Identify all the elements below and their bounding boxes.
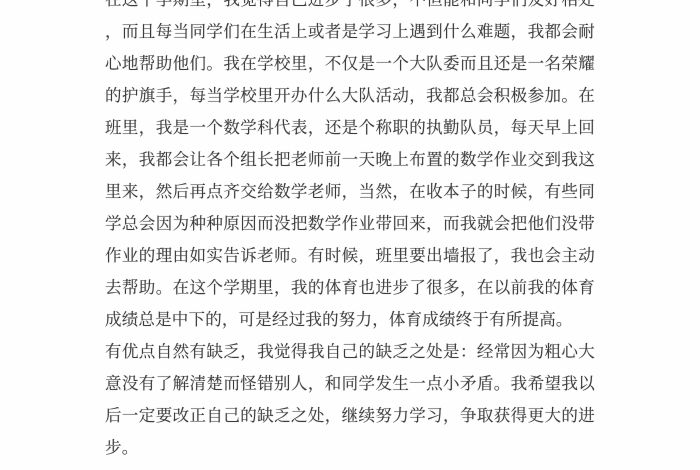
essay-line-1: 在这个学期里，我觉得自己进步了很多，不但能和同学们友好相处 [105, 0, 595, 16]
essay-line-13: 意没有了解清楚而怪错别人，和同学发生一点小矛盾。我希望我以 [105, 368, 595, 400]
essay-line-7: 里来，然后再点齐交给数学老师，当然，在收本子的时候，有些同 [105, 176, 595, 208]
essay-line-12: 有优点自然有缺乏，我觉得我自己的缺乏之处是：经常因为粗心大 [105, 336, 595, 368]
essay-line-11: 成绩总是中下的，可是经过我的努力，体育成绩终于有所提高。 [105, 304, 595, 336]
essay-line-2: ，而且每当同学们在生活上或者是学习上遇到什么难题，我都会耐 [105, 16, 595, 48]
essay-line-4: 的护旗手，每当学校里开办什么大队活动，我都总会积极参加。在 [105, 80, 595, 112]
essay-line-14: 后一定要改正自己的缺乏之处，继续努力学习，争取获得更大的进 [105, 400, 595, 432]
scanned-essay-page: 在这个学期里，我觉得自己进步了很多，不但能和同学们友好相处 ，而且每当同学们在生… [0, 0, 700, 470]
essay-line-15: 步。 [105, 432, 595, 464]
essay-line-10: 去帮助。在这个学期里，我的体育也进步了很多，在以前我的体育 [105, 272, 595, 304]
essay-line-8: 学总会因为种种原因而没把数学作业带回来，而我就会把他们没带 [105, 208, 595, 240]
essay-text-block: 在这个学期里，我觉得自己进步了很多，不但能和同学们友好相处 ，而且每当同学们在生… [105, 0, 595, 464]
essay-line-6: 来，我都会让各个组长把老师前一天晚上布置的数学作业交到我这 [105, 144, 595, 176]
essay-line-3: 心地帮助他们。我在学校里，不仅是一个大队委而且还是一名荣耀 [105, 48, 595, 80]
essay-line-5: 班里，我是一个数学科代表，还是个称职的执勤队员，每天早上回 [105, 112, 595, 144]
essay-line-9: 作业的理由如实告诉老师。有时候，班里要出墙报了，我也会主动 [105, 240, 595, 272]
